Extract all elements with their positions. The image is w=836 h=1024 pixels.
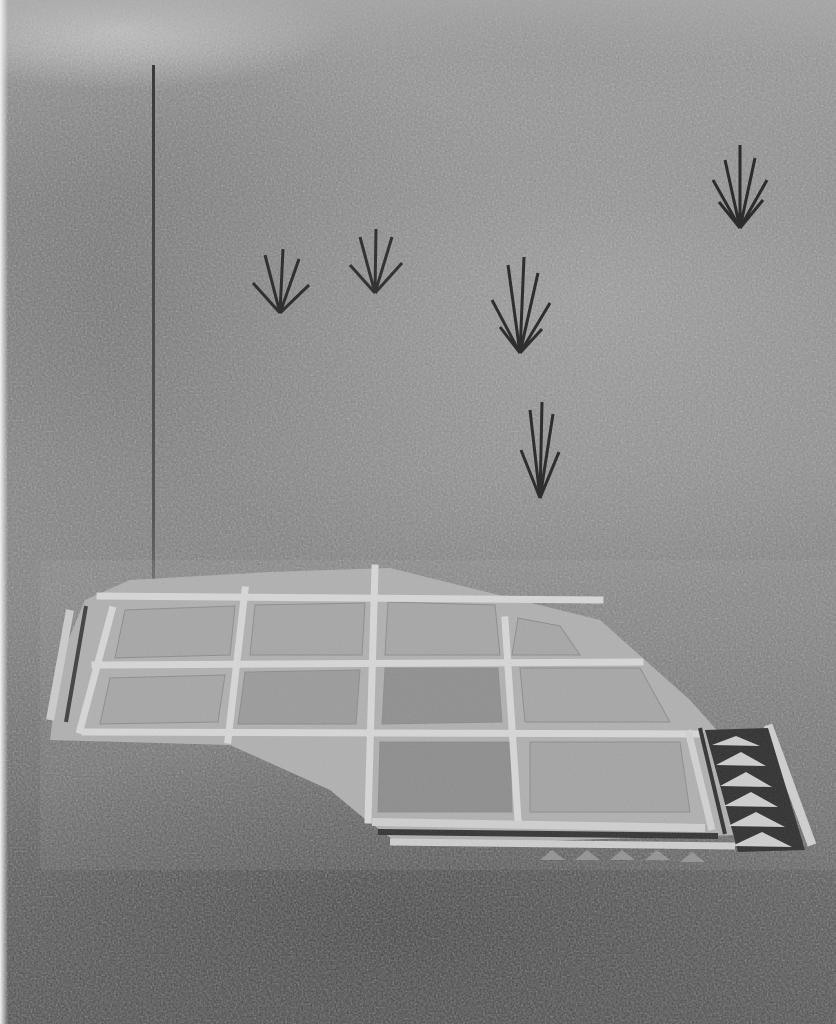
archaeological-photo — [0, 0, 836, 1024]
mosaic-floor — [0, 0, 836, 1024]
